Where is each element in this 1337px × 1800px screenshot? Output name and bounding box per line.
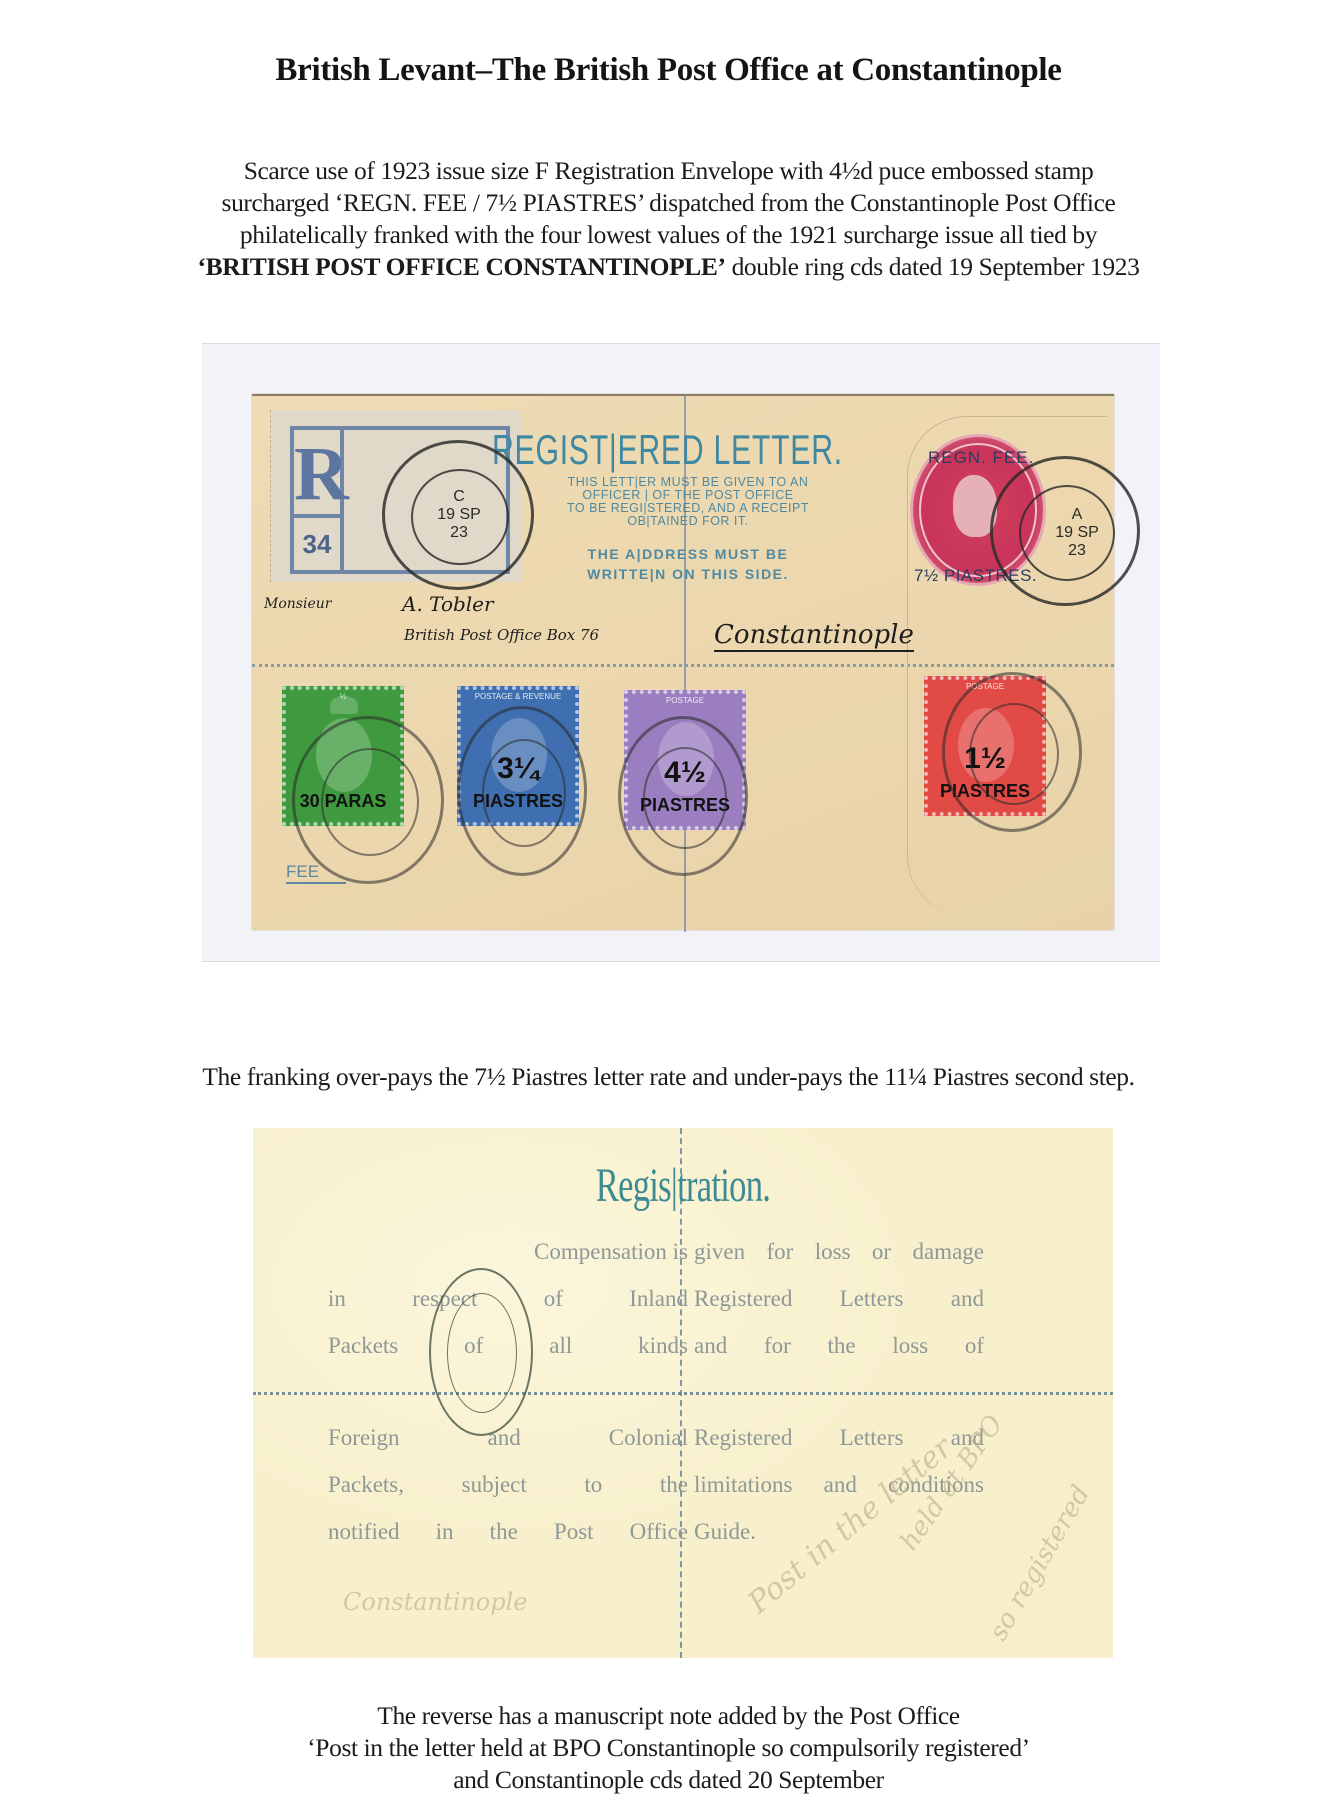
fee-label: FEE — [286, 862, 346, 884]
postmark-cds-icon — [429, 1268, 533, 1436]
intro-line-rest: double ring cds dated 19 September 1923 — [726, 252, 1140, 281]
reverse-note-line: ‘Post in the letter held at BPO Constant… — [0, 1732, 1337, 1764]
instruction-line: OB|TAINED FOR IT. — [528, 515, 848, 528]
reverse-note-line: The reverse has a manuscript note added … — [0, 1700, 1337, 1732]
address-city: Constantinople — [714, 620, 914, 652]
address-note-line: WRITTE|N ON THIS SIDE. — [528, 564, 848, 584]
intro-line: Scarce use of 1923 issue size F Registra… — [120, 155, 1217, 187]
text-line: Packets, subject to the — [328, 1461, 688, 1508]
stamp-denomination: POSTAGE — [632, 696, 738, 705]
fold-line-horizontal — [253, 1392, 1113, 1395]
compensation-text-left-bottom: Foreign and Colonial Packets, subject to… — [328, 1414, 688, 1555]
franking-note: The franking over-pays the 7½ Piastres l… — [0, 1062, 1337, 1092]
intro-description: Scarce use of 1923 issue size F Registra… — [120, 155, 1217, 283]
text-line: Compensation is — [328, 1228, 688, 1275]
text-line: Registered Letters and — [694, 1275, 984, 1322]
compensation-text-right-top: given for loss or damage Registered Lett… — [694, 1228, 984, 1369]
address-note: THE A|DDRESS MUST BE WRITTE|N ON THIS SI… — [528, 544, 848, 584]
intro-line: surcharged ‘REGN. FEE / 7½ PIASTRES’ dis… — [120, 187, 1217, 219]
intro-line: philatelically franked with the four low… — [120, 219, 1217, 251]
postmark-cds-icon — [942, 672, 1082, 832]
surcharge-regn-fee: REGN. FEE. — [928, 448, 1034, 468]
registration-instructions: THIS LETT|ER MUST BE GIVEN TO AN OFFICER… — [528, 476, 848, 528]
address-salutation: Monsieur — [264, 596, 331, 612]
stamp-denomination: POSTAGE & REVENUE — [465, 692, 571, 701]
postmark-cds-icon — [457, 706, 587, 876]
envelope-reverse-image: Regis|tration. Compensation is in respec… — [253, 1128, 1113, 1658]
registered-letter-heading: REGIST|ERED LETTER. — [492, 426, 843, 474]
postmark-code: C — [424, 488, 494, 506]
manuscript-note: so registered — [983, 1480, 1096, 1645]
postmark-date: A 19 SP 23 — [1042, 506, 1112, 560]
text-line: and for the loss of — [694, 1322, 984, 1369]
text-line: notified in the Post Office — [328, 1508, 688, 1555]
postmark-day: 19 SP — [424, 506, 494, 524]
reverse-note: The reverse has a manuscript note added … — [0, 1700, 1337, 1796]
postmark-year: 23 — [1042, 542, 1112, 560]
intro-line-last: ‘BRITISH POST OFFICE CONSTANTINOPLE’ dou… — [120, 251, 1217, 283]
page-title: British Levant–The British Post Office a… — [0, 52, 1337, 89]
crown-icon — [330, 696, 358, 714]
address-line: British Post Office Box 76 — [404, 626, 599, 644]
registration-heading: Regis|tration. — [373, 1158, 992, 1213]
envelope-front-image: R 34 REGIST|ERED LETTER. THIS LETT|ER MU… — [252, 394, 1114, 930]
postmark-day: 19 SP — [1042, 524, 1112, 542]
registration-number: 34 — [294, 518, 344, 570]
registration-r-letter: R — [294, 430, 344, 518]
postmark-cds-icon — [618, 716, 748, 876]
postmark-date: C 19 SP 23 — [424, 488, 494, 542]
postmark-code: A — [1042, 506, 1112, 524]
heading-text: REGIST|ERED LETTER. — [492, 426, 843, 473]
manuscript-note: Constantinople — [343, 1588, 527, 1616]
postmark-year: 23 — [424, 524, 494, 542]
address-note-line: THE A|DDRESS MUST BE — [528, 544, 848, 564]
reverse-note-line: and Constantinople cds dated 20 Septembe… — [0, 1764, 1337, 1796]
postmark-cds-icon — [292, 716, 444, 884]
address-name: A. Tobler — [402, 592, 494, 616]
postmark-name: ‘BRITISH POST OFFICE CONSTANTINOPLE’ — [198, 252, 726, 281]
text-line: given for loss or damage — [694, 1228, 984, 1275]
